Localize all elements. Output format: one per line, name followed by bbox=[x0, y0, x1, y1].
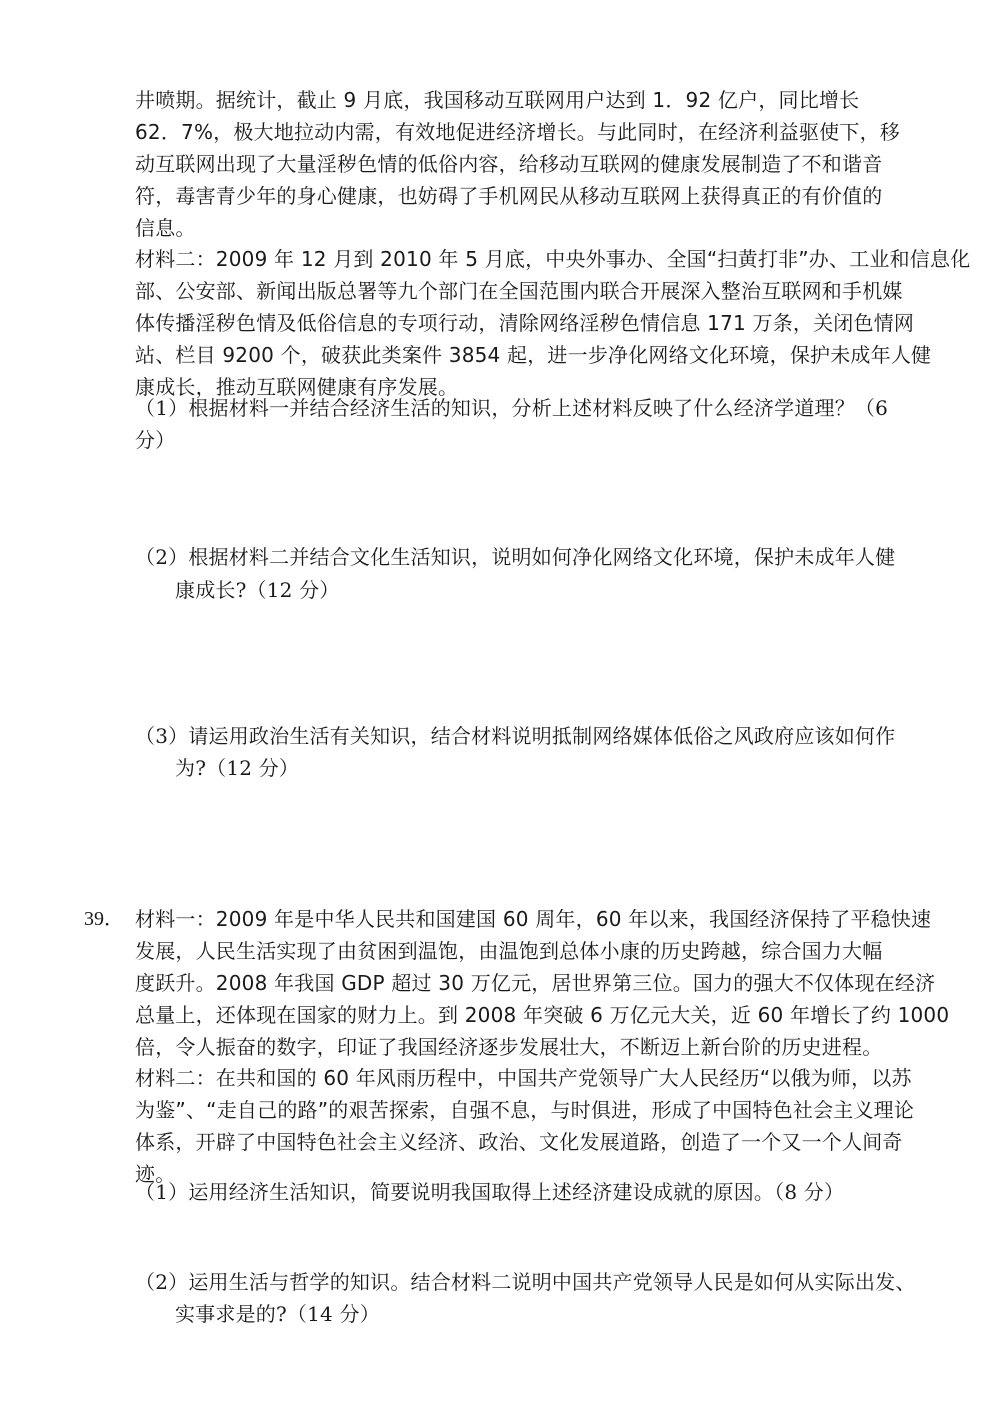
text-line: 材料二：2009 年 12 月到 2010 年 5 月底，中央外事办、全国“扫黄… bbox=[135, 243, 920, 275]
question-text: （1）运用经济生活知识，简要说明我国取得上述经济建设成就的原因。（8 分） bbox=[135, 1176, 920, 1208]
text-line: 度跃升。2008 年我国 GDP 超过 30 万亿元，居世界第三位。国力的强大不… bbox=[135, 967, 920, 999]
text-line: 倍，令人振奋的数字，印证了我国经济逐步发展壮大，不断迈上新台阶的历史进程。 bbox=[135, 1031, 920, 1063]
text-line: 材料二：在共和国的 60 年风雨历程中，中国共产党领导广大人民经历“以俄为师，以… bbox=[135, 1062, 920, 1094]
text-line: 信息。 bbox=[135, 212, 920, 244]
question-text: 实事求是的?（14 分） bbox=[175, 1298, 920, 1330]
question-text: 为?（12 分） bbox=[175, 752, 920, 784]
text-line: 材料一：2009 年是中华人民共和国建国 60 周年，60 年以来，我国经济保持… bbox=[135, 903, 920, 935]
question-text: 康成长?（12 分） bbox=[175, 574, 920, 606]
text-line: 总量上，还体现在国家的财力上。到 2008 年突破 6 万亿元大关，近 60 年… bbox=[135, 999, 920, 1031]
text-line: 62．7%，极大地拉动内需，有效地促进经济增长。与此同时，在经济利益驱使下，移 bbox=[135, 116, 920, 148]
text-line: 为鉴”、“走自己的路”的艰苦探索，自强不息，与时俱进，形成了中国特色社会主义理论 bbox=[135, 1094, 920, 1126]
question-text: （2）运用生活与哲学的知识。结合材料二说明中国共产党领导人民是如何从实际出发、 bbox=[135, 1266, 920, 1298]
text-line: 符，毒害青少年的身心健康，也妨碍了手机网民从移动互联网上获得真正的有价值的 bbox=[135, 180, 920, 212]
text-line: 站、栏目 9200 个，破获此类案件 3854 起，进一步净化网络文化环境，保护… bbox=[135, 339, 920, 371]
question-text: （2）根据材料二并结合文化生活知识，说明如何净化网络文化环境，保护未成年人健 bbox=[135, 541, 920, 573]
question-text: （3）请运用政治生活有关知识，结合材料说明抵制网络媒体低俗之风政府应该如何作 bbox=[135, 720, 920, 752]
question-text: 分） bbox=[135, 424, 920, 456]
text-line: 部、公安部、新闻出版总署等九个部门在全国范围内联合开展深入整治互联网和手机媒 bbox=[135, 275, 920, 307]
text-line: 体系，开辟了中国特色社会主义经济、政治、文化发展道路，创造了一个又一个人间奇 bbox=[135, 1126, 920, 1158]
question-number: 39． bbox=[84, 903, 124, 935]
text-line: 体传播淫秽色情及低俗信息的专项行动，清除网络淫秽色情信息 171 万条，关闭色情… bbox=[135, 307, 920, 339]
text-line: 发展，人民生活实现了由贫困到温饱，由温饱到总体小康的历史跨越，综合国力大幅 bbox=[135, 935, 920, 967]
text-line: 井喷期。据统计，截止 9 月底，我国移动互联网用户达到 1．92 亿户，同比增长 bbox=[135, 84, 920, 116]
text-line: 动互联网出现了大量淫秽色情的低俗内容，给移动互联网的健康发展制造了不和谐音 bbox=[135, 148, 920, 180]
question-text: （1）根据材料一并结合经济生活的知识，分析上述材料反映了什么经济学道理？（6 bbox=[135, 392, 920, 424]
